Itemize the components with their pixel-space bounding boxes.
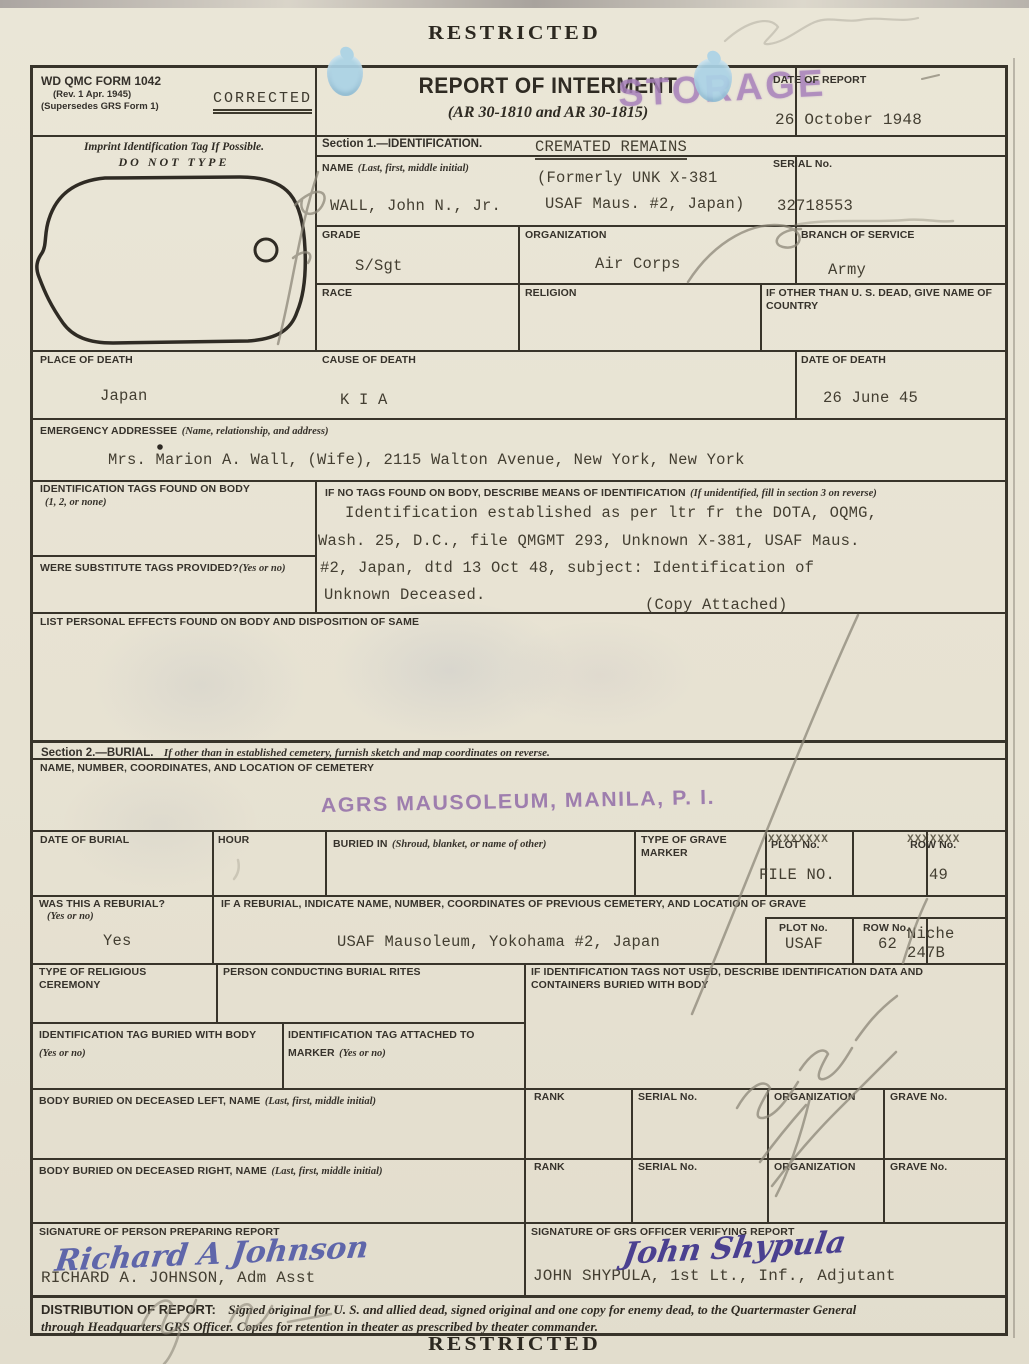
previous-grave-value-line2: 247B <box>907 943 945 963</box>
branch-value: Army <box>828 260 866 280</box>
ceremony-label: TYPE OF RELIGIOUS CEREMONY <box>39 966 189 991</box>
scan-edge-smear <box>0 0 1029 8</box>
date-of-report-label: DATE OF REPORT <box>773 74 866 87</box>
grid-line <box>33 418 1005 420</box>
strike-x: XXXXXXX <box>907 834 960 846</box>
preparing-signature-typed: RICHARD A. JOHNSON, Adm Asst <box>41 1268 315 1289</box>
means-attachment-note: (Copy Attached) <box>645 595 788 615</box>
name-value-line2-left: WALL, John N., Jr. <box>330 196 501 216</box>
grid-line <box>33 555 315 557</box>
buried-in-label: BURIED IN (Shroud, blanket, or name of o… <box>333 834 628 852</box>
cause-of-death-label: CAUSE OF DEATH <box>322 354 416 367</box>
grid-line <box>795 350 797 418</box>
reburial-value: Yes <box>103 931 132 951</box>
body-right-organization-label: ORGANIZATION <box>774 1161 856 1174</box>
branch-label: BRANCH OF SERVICE <box>801 229 915 242</box>
tags-found-label: IDENTIFICATION TAGS FOUND ON BODY <box>40 483 305 496</box>
classification-banner-top: RESTRICTED <box>0 22 1029 45</box>
cemetery-stamp: AGRS MAUSOLEUM, MANILA, P. I. <box>263 785 773 820</box>
previous-row-label: ROW No. <box>863 922 909 935</box>
interment-form: WD QMC FORM 1042 (Rev. 1 Apr. 1945) (Sup… <box>30 65 1008 1336</box>
grid-line <box>315 68 317 350</box>
tag-instruction-line2: DO NOT TYPE <box>33 155 315 171</box>
place-of-death-label: PLACE OF DEATH <box>40 354 133 367</box>
rites-label: PERSON CONDUCTING BURIAL RITES <box>223 966 513 979</box>
grid-line <box>315 283 1005 285</box>
place-of-death-value: Japan <box>100 386 148 406</box>
cause-of-death-value: K I A <box>340 390 388 410</box>
verifying-signature-typed: JOHN SHYPULA, 1st Lt., Inf., Adjutant <box>533 1266 896 1287</box>
race-label: RACE <box>322 287 352 300</box>
grid-line <box>518 225 520 350</box>
body-right-rank-label: RANK <box>534 1161 565 1174</box>
body-left-organization-label: ORGANIZATION <box>774 1091 856 1104</box>
previous-cemetery-label: IF A REBURIAL, INDICATE NAME, NUMBER, CO… <box>221 898 996 911</box>
hour-label: HOUR <box>218 834 249 847</box>
grid-line <box>33 1022 524 1024</box>
grid-line <box>33 1158 1005 1160</box>
previous-plot-label: PLOT No. <box>779 922 828 935</box>
grid-line <box>765 917 767 963</box>
grid-line <box>760 283 762 350</box>
grid-line <box>883 1088 885 1222</box>
scanned-form-page: RESTRICTED <box>0 0 1029 1364</box>
date-of-death-label: DATE OF DEATH <box>801 354 886 367</box>
tag-imprint-instructions: Imprint Identification Tag If Possible. … <box>33 140 315 171</box>
body-left-label: BODY BURIED ON DECEASED LEFT, NAME (Last… <box>39 1091 519 1109</box>
date-of-burial-label: DATE OF BURIAL <box>40 834 129 847</box>
body-right-grave-label: GRAVE No. <box>890 1161 947 1174</box>
grid-line <box>33 895 1005 897</box>
reburial-label: WAS THIS A REBURIAL? <box>39 898 209 911</box>
grid-line <box>33 350 1005 352</box>
means-of-identification-label: IF NO TAGS FOUND ON BODY, DESCRIBE MEANS… <box>325 483 997 501</box>
serial-value: 32718553 <box>777 196 853 216</box>
previous-row-value: 62 <box>878 934 897 954</box>
tag-with-body-label: IDENTIFICATION TAG BURIED WITH BODY (Yes… <box>39 1025 274 1061</box>
distribution-line1: Signed original for U. S. and allied dea… <box>228 1302 856 1317</box>
row-label-struck: ROW No. XXXXXXX <box>910 835 956 853</box>
name-value-line2-right: USAF Maus. #2, Japan) <box>545 194 745 214</box>
grid-line <box>852 830 854 895</box>
grid-line <box>631 1088 633 1222</box>
emergency-addressee-label: EMERGENCY ADDRESSEE (Name, relationship,… <box>40 421 328 439</box>
section1-heading: Section 1.—IDENTIFICATION. <box>322 138 482 152</box>
verifying-signature-script: John Shypula <box>621 1228 848 1270</box>
date-of-death-value: 26 June 45 <box>823 388 918 408</box>
reburial-hint: (Yes or no) <box>47 911 94 924</box>
grid-line <box>33 830 1005 832</box>
grid-line <box>795 155 797 283</box>
plot-label-struck: PLOT No. XXXXXXXX <box>771 835 820 853</box>
means-line: Unknown Deceased. <box>324 585 486 605</box>
tags-found-hint: (1, 2, or none) <box>45 497 107 510</box>
body-left-serial-label: SERIAL No. <box>638 1091 697 1104</box>
body-left-grave-label: GRAVE No. <box>890 1091 947 1104</box>
substitute-tags-label: WERE SUBSTITUTE TAGS PROVIDED?(Yes or no… <box>40 558 308 576</box>
cemetery-label: NAME, NUMBER, COORDINATES, AND LOCATION … <box>40 762 374 775</box>
corrected-stamp: CORRECTED <box>213 90 312 114</box>
grid-line <box>33 612 1005 614</box>
organization-value: Air Corps <box>595 254 681 274</box>
distribution-label: DISTRIBUTION OF REPORT: <box>41 1302 216 1317</box>
strike-x: XXXXXXXX <box>768 834 829 846</box>
means-line: Wash. 25, D.C., file QMGMT 293, Unknown … <box>318 531 860 551</box>
grid-line <box>765 830 767 895</box>
grade-value: S/Sgt <box>355 256 403 276</box>
grid-line <box>852 917 854 963</box>
form-number: WD QMC FORM 1042 <box>41 74 161 89</box>
form-revision: (Rev. 1 Apr. 1945) <box>41 89 161 101</box>
grid-line <box>33 1222 1005 1224</box>
classification-banner-bottom: RESTRICTED <box>0 1333 1029 1356</box>
grid-line <box>212 830 214 963</box>
body-right-serial-label: SERIAL No. <box>638 1161 697 1174</box>
cremated-remains-note: CREMATED REMAINS <box>535 137 687 160</box>
means-line: #2, Japan, dtd 13 Oct 48, subject: Ident… <box>320 558 814 578</box>
grid-line <box>315 480 317 612</box>
grid-line <box>767 1088 769 1222</box>
grade-label: GRADE <box>322 229 360 242</box>
grid-line <box>216 963 218 1022</box>
date-of-report-value: 26 October 1948 <box>775 110 922 131</box>
country-label: IF OTHER THAN U. S. DEAD, GIVE NAME OF C… <box>766 287 998 312</box>
body-right-label: BODY BURIED ON DECEASED RIGHT, NAME (Las… <box>39 1161 519 1179</box>
religion-label: RELIGION <box>525 287 577 300</box>
tag-instruction-line1: Imprint Identification Tag If Possible. <box>33 140 315 155</box>
body-left-rank-label: RANK <box>534 1091 565 1104</box>
tag-on-marker-label: IDENTIFICATION TAG ATTACHED TO MARKER (Y… <box>288 1025 518 1061</box>
containers-label: IF IDENTIFICATION TAGS NOT USED, DESCRIB… <box>531 966 993 991</box>
paper-edge-line <box>1013 58 1015 1338</box>
organization-label: ORGANIZATION <box>525 229 607 242</box>
distribution-block: DISTRIBUTION OF REPORT: Signed original … <box>41 1301 997 1336</box>
file-no-value: 49 <box>929 865 948 885</box>
name-label: NAME (Last, first, middle initial) <box>322 158 469 176</box>
previous-cemetery-value: USAF Mausoleum, Yokohama #2, Japan <box>337 932 660 952</box>
personal-effects-label: LIST PERSONAL EFFECTS FOUND ON BODY AND … <box>40 616 419 629</box>
form-number-block: WD QMC FORM 1042 (Rev. 1 Apr. 1945) (Sup… <box>41 74 161 114</box>
form-supersedes: (Supersedes GRS Form 1) <box>41 101 161 113</box>
grid-line <box>33 135 1005 137</box>
section2-heading: Section 2.—BURIAL. If other than in esta… <box>41 743 550 761</box>
grid-line <box>33 480 1005 482</box>
previous-grave-value-line1: Niche <box>907 924 955 944</box>
grid-line <box>325 830 327 895</box>
grid-line <box>33 1088 1005 1090</box>
grid-line <box>33 963 1005 965</box>
means-line: Identification established as per ltr fr… <box>345 503 877 523</box>
grid-line <box>282 1022 284 1088</box>
grid-line <box>315 225 1005 227</box>
grid-line <box>524 963 526 1295</box>
file-no-label: FILE NO. <box>759 865 835 885</box>
name-value-line1: (Formerly UNK X-381 <box>537 168 718 188</box>
emergency-addressee-value: Mrs. Marion A. Wall, (Wife), 2115 Walton… <box>108 450 745 470</box>
grave-marker-label: TYPE OF GRAVE MARKER <box>641 834 751 859</box>
grid-line <box>765 917 1005 919</box>
grid-line <box>634 830 636 895</box>
previous-plot-value: USAF <box>785 934 823 954</box>
serial-label: SERIAL No. <box>773 158 832 171</box>
grid-line <box>33 1295 1005 1298</box>
